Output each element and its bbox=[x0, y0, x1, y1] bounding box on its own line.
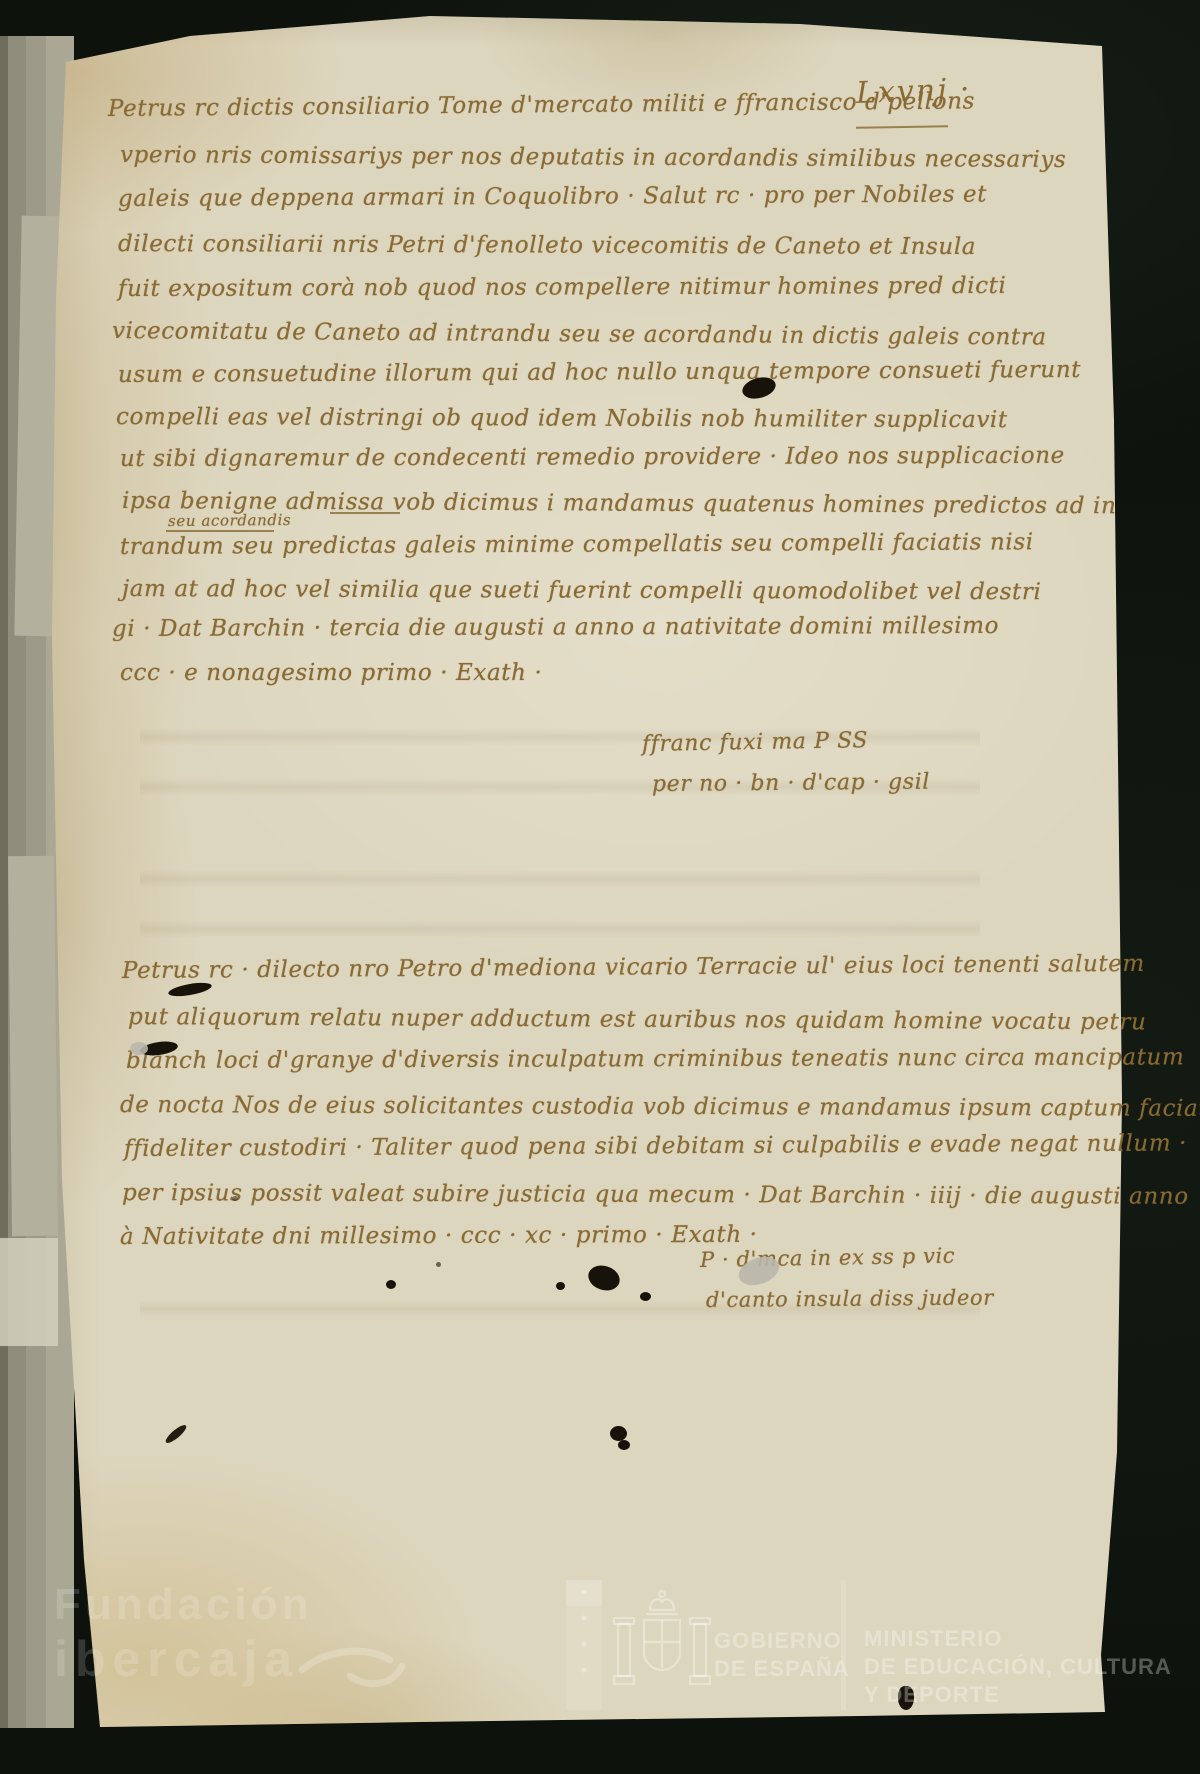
text-line: usum e consuetudine illorum qui ad hoc n… bbox=[118, 357, 1081, 388]
ink-spot bbox=[640, 1292, 651, 1301]
interlinear-insertion: seu acordandis bbox=[168, 511, 291, 530]
ink-spot bbox=[556, 1282, 565, 1290]
ink-speck bbox=[232, 1196, 238, 1201]
text-line: blanch loci d'granye d'diversis inculpat… bbox=[126, 1044, 1184, 1074]
ink-drop bbox=[898, 1686, 914, 1710]
ink-spot bbox=[618, 1440, 630, 1450]
star-glyph: ✶ bbox=[566, 1606, 602, 1632]
text-line: ccc · e nonagesimo primo · Exath · bbox=[120, 660, 542, 686]
ink-spot bbox=[610, 1426, 627, 1441]
verso-showthrough bbox=[140, 870, 980, 888]
text-line: vperio nris comissariys per nos deputati… bbox=[120, 142, 1066, 173]
ink-speck bbox=[436, 1262, 441, 1267]
spain-coat-of-arms-icon bbox=[612, 1588, 712, 1708]
signature-note-line: ffranc fuxi ma P SS bbox=[642, 728, 868, 757]
marginal-note-line: P · d'mca in ex ss p vic bbox=[700, 1244, 956, 1272]
manuscript-page bbox=[0, 0, 1200, 1774]
text-line: galeis que deppena armari in Coquolibro … bbox=[118, 181, 987, 212]
star-glyph: ✶ bbox=[566, 1632, 602, 1658]
under-page-edge-segment bbox=[8, 856, 58, 1236]
watermark-divider bbox=[841, 1580, 846, 1710]
conservation-tape bbox=[0, 1238, 58, 1346]
text-line: per ipsius possit valeat subire justicia… bbox=[122, 1180, 1189, 1210]
manuscript-scan: { "page": { "folio_number": "Lxvnj ·", "… bbox=[0, 0, 1200, 1774]
text-line: dilecti consiliarii nris Petri d'fenolle… bbox=[118, 231, 976, 260]
underline-mark bbox=[330, 512, 400, 514]
ink-blot-highlight bbox=[130, 1042, 148, 1055]
signature-note-line: per no · bn · d'cap · gsil bbox=[652, 770, 930, 797]
star-glyph: ✶ bbox=[566, 1658, 602, 1684]
text-line: ut sibi dignaremur de condecenti remedio… bbox=[120, 443, 1065, 472]
text-line: ffideliter custodiri · Taliter quod pena… bbox=[124, 1130, 1187, 1162]
verso-showthrough bbox=[140, 920, 980, 938]
text-line: fuit expositum corà nob quod nos compell… bbox=[118, 273, 1007, 302]
text-line: gi · Dat Barchin · tercia die augusti a … bbox=[112, 613, 999, 642]
star-glyph: ✶ bbox=[566, 1580, 602, 1606]
text-line: put aliquorum relatu nuper adductum est … bbox=[128, 1004, 1147, 1035]
text-line: trandum seu predictas galeis minime comp… bbox=[120, 529, 1034, 560]
stars-ribbon-icon: ✶ ✶ ✶ ✶ bbox=[566, 1580, 602, 1710]
marginal-note-line: d'canto insula diss judeor bbox=[706, 1285, 994, 1312]
text-line: de nocta Nos de eius solicitantes custod… bbox=[120, 1092, 1200, 1122]
ink-spot bbox=[386, 1280, 396, 1289]
text-line: compelli eas vel distringi ob quod idem … bbox=[116, 404, 1008, 433]
ibercaja-swirl-icon bbox=[298, 1632, 408, 1702]
underline-mark bbox=[166, 530, 274, 532]
text-line: jam at ad hoc vel similia que sueti fuer… bbox=[122, 576, 1042, 605]
text-line: à Nativitate dni millesimo · ccc · xc · … bbox=[120, 1222, 758, 1250]
